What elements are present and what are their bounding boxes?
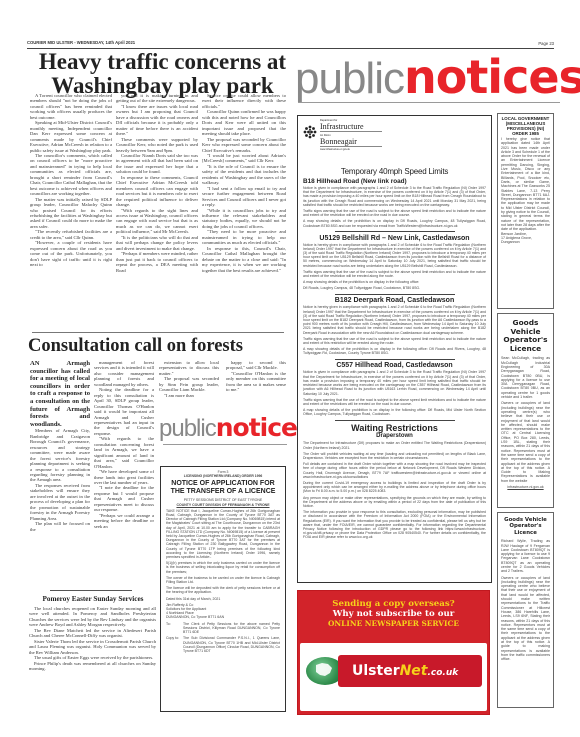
paragraph: The usual gifts of Easter Eggs were rece… bbox=[29, 655, 156, 660]
paragraph: Notice is hereby given in compliance wit… bbox=[303, 305, 486, 334]
notice-title-line-1: NOTICE OF APPLICATION FOR bbox=[166, 480, 280, 488]
article-heavy-traffic-column-1: A Torrent councillor who claimed elected… bbox=[30, 93, 112, 313]
entertainment-licence-notice: LOCAL GOVERNMENT (MISCELLANEOUS PROVISIO… bbox=[497, 113, 554, 309]
paragraph: "While it is councillors jobs to try and… bbox=[202, 208, 286, 230]
article-pomeroy-headline: Pomeroy Easter Sunday Services bbox=[28, 596, 158, 604]
paragraph: Members of Armagh City, Banbridge and Cr… bbox=[30, 428, 90, 483]
section-body: Notice is given in compliance with parag… bbox=[303, 186, 486, 228]
waiting-paragraphs: The Department for Infrastructure (DfI) … bbox=[303, 441, 486, 539]
paragraph: The proposal was seconded by Councillor … bbox=[202, 137, 286, 153]
notice-to: To: The Clerk of Petty Sessions for the … bbox=[166, 622, 280, 635]
paragraph: The proposal was seconded by Sinn Fein g… bbox=[159, 376, 219, 392]
paragraph: "I note the deadline for the response bu… bbox=[94, 485, 154, 512]
paragraph: Notice is given in compliance with parag… bbox=[303, 370, 486, 395]
advert-line-1: Sending a copy overseas? bbox=[298, 599, 489, 609]
article-consultation-column-3: extension to allow local representatives… bbox=[159, 360, 219, 402]
section-heading: B18 Hillhead Road (New link road) bbox=[303, 178, 486, 185]
waiting-title: Waiting Restrictions bbox=[303, 423, 486, 433]
public-notices-banner-small: publicnotices bbox=[159, 415, 289, 443]
section-body: Notice is hereby given in compliance wit… bbox=[303, 243, 486, 291]
notice-body-2: Owners or occupiers of land (including b… bbox=[501, 576, 550, 662]
section-heading: B182 Deerpark Road, Castledawson bbox=[303, 297, 486, 304]
notice-body-2: Owners or occupiers of land (including b… bbox=[501, 401, 550, 483]
section-separator bbox=[335, 359, 455, 360]
notice-title: Goods Vehicle Operator's Licence bbox=[501, 517, 550, 536]
paragraph: "It is the role of Council is to ensure … bbox=[202, 164, 286, 186]
paragraph: TAKE NOTICE that I, Jacqueline Curran-Hu… bbox=[166, 509, 280, 559]
section-body: Notice is hereby given in compliance wit… bbox=[303, 305, 486, 355]
advert-brand-panel: UlsterNet.co.uk bbox=[300, 643, 487, 711]
article-divider bbox=[32, 332, 284, 333]
brand-net: Net bbox=[400, 663, 428, 679]
article-heavy-traffic-headline: Heavy traffic concerns at Washingbay pla… bbox=[30, 50, 295, 98]
paragraph: "Perhaps if members were minded, rather … bbox=[116, 251, 198, 273]
notice-title: Goods Vehicle Operator's Licence bbox=[501, 319, 550, 353]
paragraph: Prince Philip's death was remembered at … bbox=[29, 661, 156, 672]
paragraph: "We have developed some of these lands i… bbox=[94, 469, 154, 485]
notice-signoff: Benson Jardine, 17 Ardglena Grove, Dunga… bbox=[501, 232, 550, 245]
goods-vehicle-licence-notice-1: Goods Vehicle Operator's Licence Sean Mc… bbox=[497, 313, 554, 508]
paragraph: Any person may object or make other repr… bbox=[303, 496, 486, 509]
dfi-logo-icon bbox=[303, 125, 317, 139]
dfi-sections: B18 Hillhead Road (New link road)Notice … bbox=[303, 178, 486, 417]
paragraph: 5(1)(b) premises in which the only busin… bbox=[166, 561, 280, 574]
dfi-notice: Department for Infrastructure An Roinn B… bbox=[297, 115, 492, 583]
banner-underline bbox=[163, 444, 287, 445]
banner-word-public: public bbox=[159, 415, 216, 442]
paragraph: DfI Roads, Loughry Campus, 48 Tullywigga… bbox=[303, 286, 486, 290]
dept-irish: Bonneagair bbox=[320, 137, 382, 147]
brand-ulster: Ulster bbox=[352, 663, 400, 679]
paragraph: The owner of the business to be carried … bbox=[166, 576, 280, 584]
headline-line-1: Heavy traffic concerns at bbox=[30, 50, 295, 74]
notice-title-line-2: THE TRANSFER OF A LICENCE bbox=[166, 488, 280, 496]
paragraph: "I would be just worried about Adrian's … bbox=[202, 153, 286, 164]
notice-body-1: Sean McCullagh, trading as McCullagh Ind… bbox=[501, 356, 550, 399]
brand-tld: .co.uk bbox=[428, 668, 459, 678]
paragraph: The Order will prohibit vehicles waiting… bbox=[303, 452, 486, 460]
paragraph: "I know there are issues with local road… bbox=[116, 104, 198, 137]
paragraph: Dated this 31st day of March, 2021 bbox=[166, 597, 280, 601]
paragraph: "It is the politicians who will do that … bbox=[116, 235, 198, 251]
banner-word-public: public bbox=[295, 54, 404, 103]
copy-text: The Sub Divisional Commander P.S.N.I., 1… bbox=[183, 636, 280, 653]
paragraph: "They need to be more proactive and main… bbox=[202, 229, 286, 245]
paragraph: "Perhaps we could arrange a meeting befo… bbox=[94, 513, 154, 529]
paragraph: The Department for Infrastructure (DfI) … bbox=[303, 441, 486, 449]
article-consultation-column-2: management of forest services and it is … bbox=[94, 360, 154, 552]
article-consultation-column-1: AN Armagh councillor has called for a me… bbox=[30, 360, 90, 552]
paragraph: The Rev Diane Matchett led the service i… bbox=[29, 628, 156, 639]
paragraph: Notice is given in compliance with parag… bbox=[303, 186, 486, 207]
article-lead: AN Armagh councillor has called for a me… bbox=[30, 360, 90, 428]
paragraph: The licence will be deposited with the c… bbox=[166, 586, 280, 594]
paragraph: Speaking at Mid-Ulster District Council'… bbox=[30, 120, 112, 153]
dfi-wordmark: Department for Infrastructure An Roinn B… bbox=[320, 119, 382, 151]
notice-title: NOTICE OF APPLICATION FOR THE TRANSFER O… bbox=[166, 480, 280, 496]
page-number: Page 23 bbox=[538, 41, 554, 46]
publication-dateline: COURIER MID ULSTER - WEDNESDAY, 14th Apr… bbox=[27, 40, 135, 45]
notice-paragraphs: TAKE NOTICE that I, Jacqueline Curran-Hu… bbox=[166, 509, 280, 620]
section-body: Notice is given in compliance with parag… bbox=[303, 370, 486, 416]
paragraph: The councillor's comments, which called … bbox=[30, 153, 112, 197]
banner-word-notices: notices bbox=[404, 50, 580, 104]
paragraph: "The recently refurbished facilities are… bbox=[30, 229, 112, 240]
paragraph: A map showing details of the prohibition… bbox=[303, 408, 486, 416]
licence-transfer-notice: Form 3 LICENSING (NORTHERN IRELAND) ORDE… bbox=[160, 466, 286, 712]
paragraph: "I had sent a follow up email to try and… bbox=[202, 186, 286, 208]
paragraph: A map showing details of the prohibition… bbox=[303, 347, 486, 355]
paragraph: A map showing details of the prohibition… bbox=[303, 280, 486, 284]
paragraph: During the current Covid-19 emergency ac… bbox=[303, 481, 486, 494]
section-separator bbox=[335, 294, 455, 295]
paragraph: In response to this, Council's Chair, Co… bbox=[202, 246, 286, 273]
paragraph: management of forest services and it is … bbox=[94, 360, 154, 387]
paragraph: Councillor Niamh Doris said she too was … bbox=[116, 153, 198, 175]
waiting-subtitle: Draperstown bbox=[303, 433, 486, 439]
paragraph: Traffic signs warning that the use of th… bbox=[303, 337, 486, 345]
paragraph: Jim Rafferty & Co Solicitors for the App… bbox=[166, 603, 280, 620]
notice-link[interactable]: infrastructure-ni.gov.uk bbox=[501, 485, 550, 489]
article-consultation-headline: Consultation call on forests bbox=[28, 337, 293, 356]
notice-division: COUNTY COURT DIVISION OF FERMANAGH & TYR… bbox=[166, 503, 280, 507]
ulsternet-advert[interactable]: Sending a copy overseas? Why not subscri… bbox=[297, 590, 490, 715]
paragraph: The local churches reopened on Easter Su… bbox=[29, 606, 156, 628]
dfi-logo: Department for Infrastructure An Roinn B… bbox=[303, 119, 486, 163]
notice-body-1: Richard Wylie, Trading as RJW Haulage of… bbox=[501, 539, 550, 573]
paragraph: extension to allow local representatives… bbox=[159, 360, 219, 376]
article-consultation-column-1-body: Members of Armagh City, Banbridge and Cr… bbox=[30, 428, 90, 532]
notice-title: LOCAL GOVERNMENT (MISCELLANEOUS PROVISIO… bbox=[501, 116, 550, 136]
notice-copy-to: Copy to: The Sub Divisional Commander P.… bbox=[166, 636, 280, 653]
article-heavy-traffic-column-3: Service on-site could allow members to e… bbox=[202, 93, 286, 313]
to-label: To: bbox=[166, 622, 180, 635]
notice-body: I hereby give notice that application da… bbox=[501, 137, 550, 232]
section-separator bbox=[335, 231, 455, 232]
section-heading: C557 Hillhead Road, Castledawson bbox=[303, 362, 486, 369]
paragraph: Full details are contained in the draft … bbox=[303, 462, 486, 479]
section-heading: U5129 Bellshill Rd – New Link, Castledaw… bbox=[303, 235, 486, 242]
dfi-title: Temporary 40mph Speed Limits bbox=[303, 167, 486, 176]
paragraph: Notice is hereby given in compliance wit… bbox=[303, 243, 486, 268]
paragraph: A Torrent councillor who claimed elected… bbox=[30, 93, 112, 120]
paragraph: Sister Valerie Thom led the service in C… bbox=[29, 639, 156, 655]
paragraph: "Councillor O'Hanlon is the only member … bbox=[226, 371, 286, 393]
article-pomeroy-body: The local churches reopened on Easter Su… bbox=[29, 606, 156, 706]
goods-vehicle-licence-notice-2: Goods Vehicle Operator's Licence Richard… bbox=[497, 512, 554, 708]
paragraph: "I am more than bbox=[159, 393, 219, 398]
section-separator bbox=[335, 420, 455, 421]
banner-underline bbox=[298, 102, 560, 103]
paragraph: "With regards to the consultation concer… bbox=[94, 436, 154, 469]
advert-line-2: Why not subscribe to our bbox=[298, 609, 489, 619]
paragraph: Service on-site could allow members to e… bbox=[202, 93, 286, 109]
paragraph: "With regards to the sight lines and acc… bbox=[116, 208, 198, 235]
dept-name: Infrastructure bbox=[320, 122, 382, 132]
ulsternet-logo: UlsterNet.co.uk bbox=[338, 655, 482, 687]
page-header: COURIER MID ULSTER - WEDNESDAY, 14th Apr… bbox=[27, 37, 554, 49]
article-divider-2 bbox=[50, 590, 132, 591]
advert-line-3: ONLINE NEWSPAPER SERVICE bbox=[298, 619, 489, 629]
paragraph: Traffic signs warning that the use of th… bbox=[303, 398, 486, 406]
paragraph: you and it is making turning in and gett… bbox=[116, 93, 198, 104]
paragraph: Noting the deadline for a reply to this … bbox=[94, 387, 154, 436]
dept-website: www.infrastructure-ni.gov.uk bbox=[320, 148, 382, 151]
copy-label: Copy to: bbox=[166, 636, 180, 653]
paragraph: The information you provide in your resp… bbox=[303, 510, 486, 539]
paragraph: In response to these comments, Council C… bbox=[116, 175, 198, 208]
paragraph: The responses received from stakeholders… bbox=[30, 483, 90, 521]
article-heavy-traffic-column-2: you and it is making turning in and gett… bbox=[116, 93, 198, 313]
paragraph: Councillor Quinn confirmed he was happy … bbox=[202, 109, 286, 136]
article-consultation-column-4: happy to second this proposal," said Cll… bbox=[226, 360, 286, 402]
paragraph: The matter was initially raised by SDLP … bbox=[30, 197, 112, 230]
to-text: The Clerk of Petty Sessions for the abov… bbox=[183, 622, 280, 635]
paragraph: These comments were supported by Council… bbox=[116, 137, 198, 153]
advert-text: Sending a copy overseas? Why not subscri… bbox=[298, 591, 489, 629]
paragraph: A map showing details of the prohibition… bbox=[303, 219, 486, 227]
paragraph: The plan will be focused on the bbox=[30, 521, 90, 532]
notice-order-label: LICENSING (NORTHERN IRELAND) ORDER 1996 bbox=[166, 474, 280, 478]
public-notices-banner-large: publicnotices bbox=[295, 52, 532, 102]
paragraph: "However, a couple of residents have exp… bbox=[30, 240, 112, 267]
paragraph: Traffic signs warning that the use of th… bbox=[303, 270, 486, 278]
paragraph: Traffic signs warning that the use of th… bbox=[303, 209, 486, 217]
paragraph: happy to second this proposal," said Cll… bbox=[226, 360, 286, 371]
